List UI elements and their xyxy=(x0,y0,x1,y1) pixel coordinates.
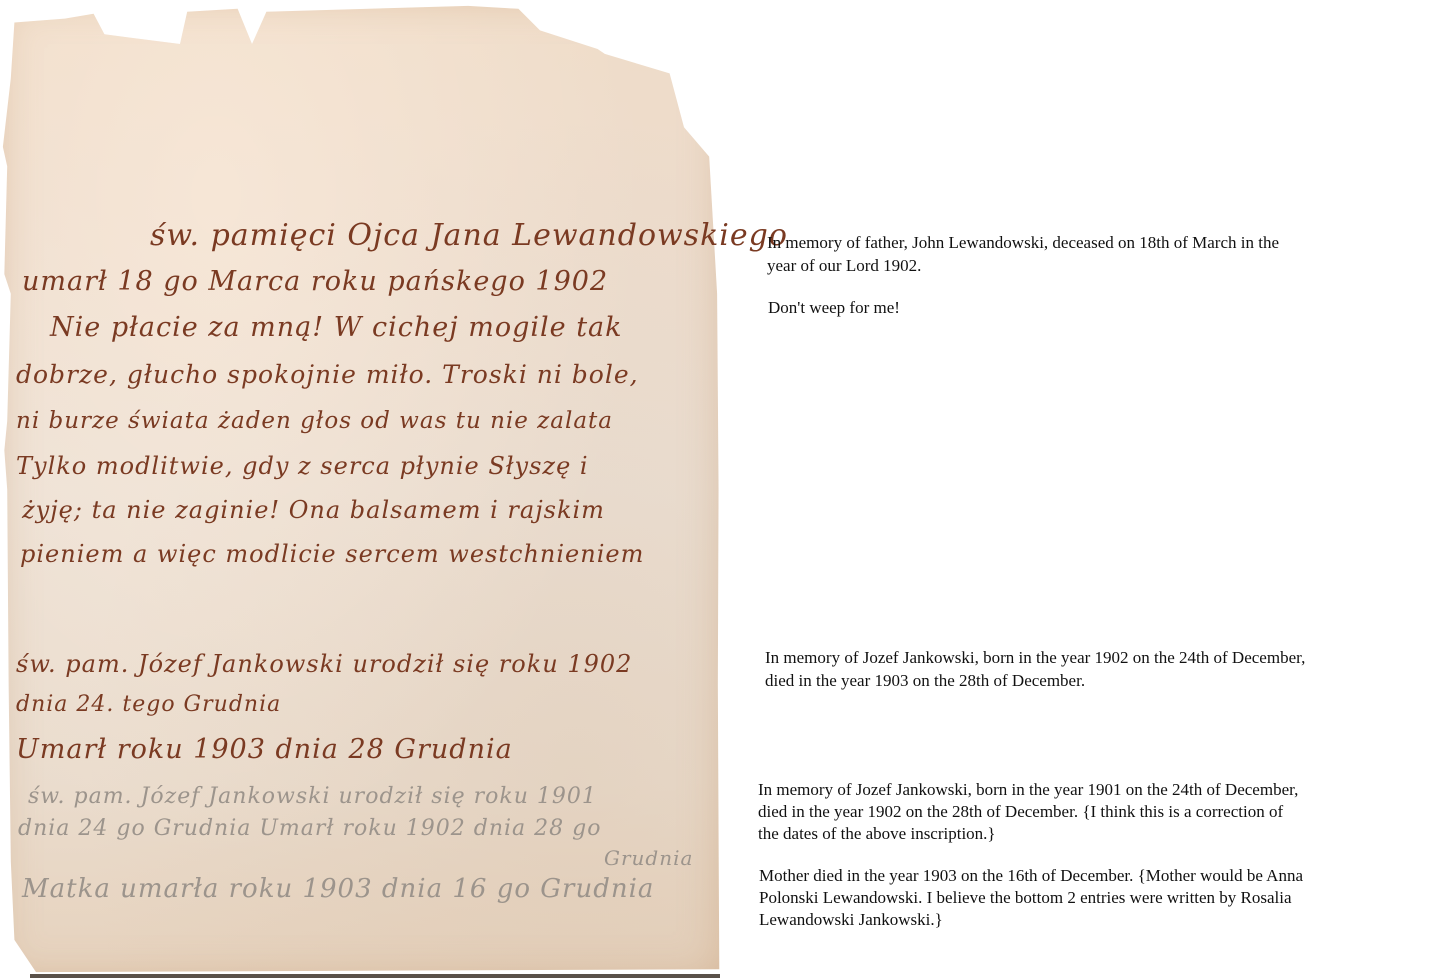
handwriting-line: Umarł roku 1903 dnia 28 Grudnia xyxy=(16,734,513,765)
handwriting-line: św. pamięci Ojca Jana Lewandowskiego xyxy=(150,218,788,253)
translation-line: In memory of Jozef Jankowski, born in th… xyxy=(758,779,1298,801)
translation-mother: Mother died in the year 1903 on the 16th… xyxy=(759,865,1303,931)
handwriting-line: dnia 24. tego Grudnia xyxy=(16,692,281,717)
translation-line: In memory of Jozef Jankowski, born in th… xyxy=(765,646,1305,669)
pencil-line: dnia 24 go Grudnia Umarł roku 1902 dnia … xyxy=(18,816,601,841)
pencil-line: Grudnia xyxy=(604,846,693,870)
translation-jozef-correction: In memory of Jozef Jankowski, born in th… xyxy=(758,779,1298,845)
handwriting-line: Tylko modlitwie, gdy z serca płynie Słys… xyxy=(16,452,589,480)
handwriting-line: żyję; ta nie zaginie! Ona balsamem i raj… xyxy=(22,496,605,524)
translation-line: the dates of the above inscription.} xyxy=(758,823,1298,845)
translation-father: In memory of father, John Lewandowski, d… xyxy=(767,231,1279,277)
translation-line: Lewandowski Jankowski.} xyxy=(759,909,1303,931)
handwriting-line: ni burze świata żaden głos od was tu nie… xyxy=(16,408,613,434)
handwriting-line: św. pam. Józef Jankowski urodził się rok… xyxy=(16,650,632,678)
translation-line: died in the year 1902 on the 28th of Dec… xyxy=(758,801,1298,823)
handwriting-line: Nie płacie za mną! W cichej mogile tak xyxy=(50,312,623,343)
scanned-document-image: św. pamięci Ojca Jana Lewandowskiego uma… xyxy=(0,0,720,979)
handwriting-line: umarł 18 go Marca roku pańskego 1902 xyxy=(22,266,608,297)
scan-bottom-shadow xyxy=(30,974,720,978)
translation-line: Don't weep for me! xyxy=(768,296,900,319)
translation-dont-weep: Don't weep for me! xyxy=(768,296,900,319)
translation-line: Polonski Lewandowski. I believe the bott… xyxy=(759,887,1303,909)
handwriting-line: pieniem a więc modlicie sercem westchnie… xyxy=(20,540,644,568)
pencil-line: św. pam. Józef Jankowski urodził się rok… xyxy=(28,784,597,809)
pencil-line: Matka umarła roku 1903 dnia 16 go Grudni… xyxy=(22,874,654,904)
translation-jozef-1902: In memory of Jozef Jankowski, born in th… xyxy=(765,646,1305,692)
handwriting-line: dobrze, głucho spokojnie miło. Troski ni… xyxy=(16,360,639,389)
translation-line: year of our Lord 1902. xyxy=(767,254,1279,277)
translation-line: Mother died in the year 1903 on the 16th… xyxy=(759,865,1303,887)
translation-line: In memory of father, John Lewandowski, d… xyxy=(767,231,1279,254)
translation-line: died in the year 1903 on the 28th of Dec… xyxy=(765,669,1305,692)
